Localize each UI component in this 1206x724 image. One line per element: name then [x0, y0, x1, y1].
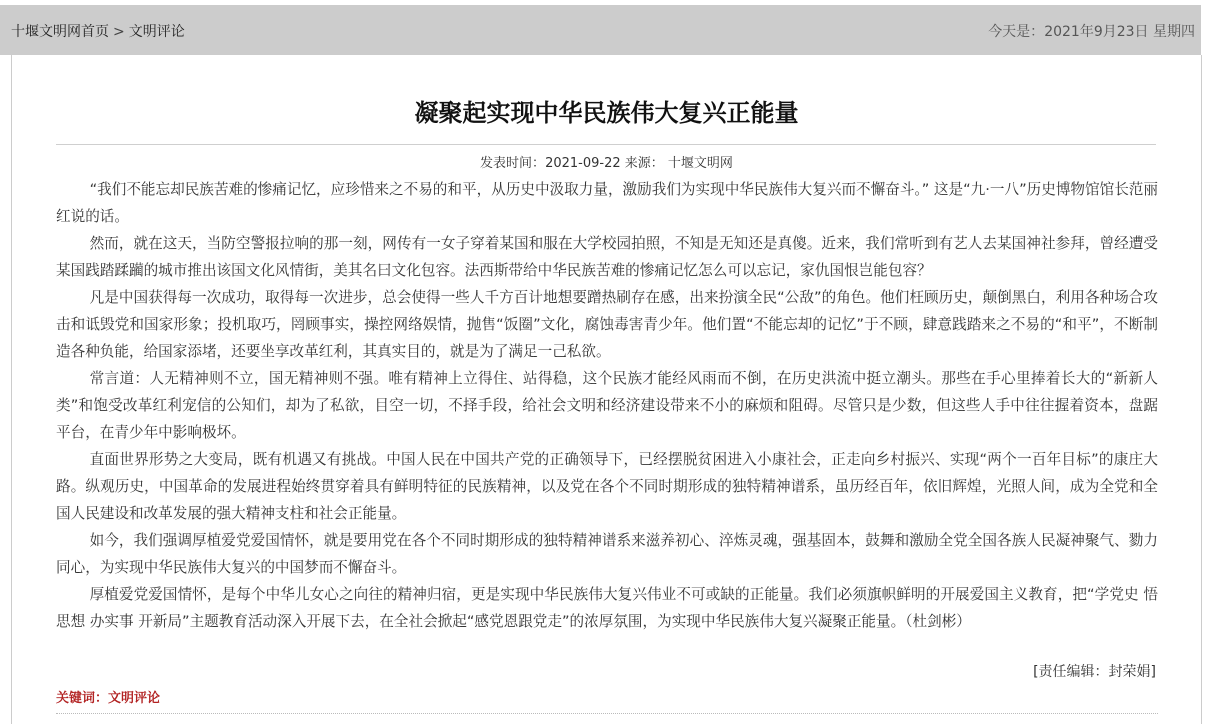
paragraph: “我们不能忘却民族苦难的惨痛记忆，应珍惜来之不易的和平，从历史中汲取力量，激励我… [56, 176, 1158, 230]
article-panel: 凝聚起实现中华民族伟大复兴正能量 发表时间：2021-09-22 来源： 十堰文… [11, 55, 1202, 724]
paragraph: 然而，就在这天，当防空警报拉响的那一刻，网传有一女子穿着某国和服在大学校园拍照，… [56, 230, 1158, 284]
source-value: 十堰文明网 [668, 156, 733, 171]
keyword-link[interactable]: 文明评论 [108, 691, 160, 706]
publish-label: 发表时间： [480, 156, 545, 171]
publish-date: 2021-09-22 [545, 156, 621, 171]
keywords-divider [56, 713, 1158, 714]
breadcrumb-home-link[interactable]: 十堰文明网首页 [11, 24, 109, 40]
breadcrumb-category-link[interactable]: 文明评论 [129, 24, 185, 40]
source-label: 来源： [625, 156, 664, 171]
article-title: 凝聚起实现中华民族伟大复兴正能量 [12, 93, 1201, 128]
breadcrumb: 十堰文明网首页>文明评论 [11, 21, 185, 41]
breadcrumb-separator: > [113, 24, 125, 40]
keywords: 关键词：文明评论 [56, 687, 160, 706]
today-value: 2021年9月23日 星期四 [1044, 24, 1195, 40]
paragraph: 凡是中国获得每一次成功，取得每一次进步，总会使得一些人千方百计地想要蹭热刷存在感… [56, 284, 1158, 365]
paragraph: 直面世界形势之大变局，既有机遇又有挑战。中国人民在中国共产党的正确领导下，已经摆… [56, 446, 1158, 527]
paragraph: 厚植爱党爱国情怀，是每个中华儿女心之向往的精神归宿，更是实现中华民族伟大复兴伟业… [56, 581, 1158, 635]
top-bar: 十堰文明网首页>文明评论 今天是：2021年9月23日 星期四 [0, 5, 1201, 55]
title-divider [56, 144, 1156, 145]
current-date: 今天是：2021年9月23日 星期四 [988, 21, 1195, 41]
paragraph: 如今，我们强调厚植爱党爱国情怀，就是要用党在各个不同时期形成的独特精神谱系来滋养… [56, 527, 1158, 581]
paragraph: 常言道：人无精神则不立，国无精神则不强。唯有精神上立得住、站得稳，这个民族才能经… [56, 365, 1158, 446]
today-label: 今天是： [988, 24, 1044, 40]
keywords-label: 关键词： [56, 691, 108, 706]
article-meta: 发表时间：2021-09-22 来源： 十堰文明网 [12, 152, 1201, 171]
responsible-editor: [责任编辑：封荣娟] [1033, 661, 1156, 681]
article-body: “我们不能忘却民族苦难的惨痛记忆，应珍惜来之不易的和平，从历史中汲取力量，激励我… [56, 176, 1158, 635]
